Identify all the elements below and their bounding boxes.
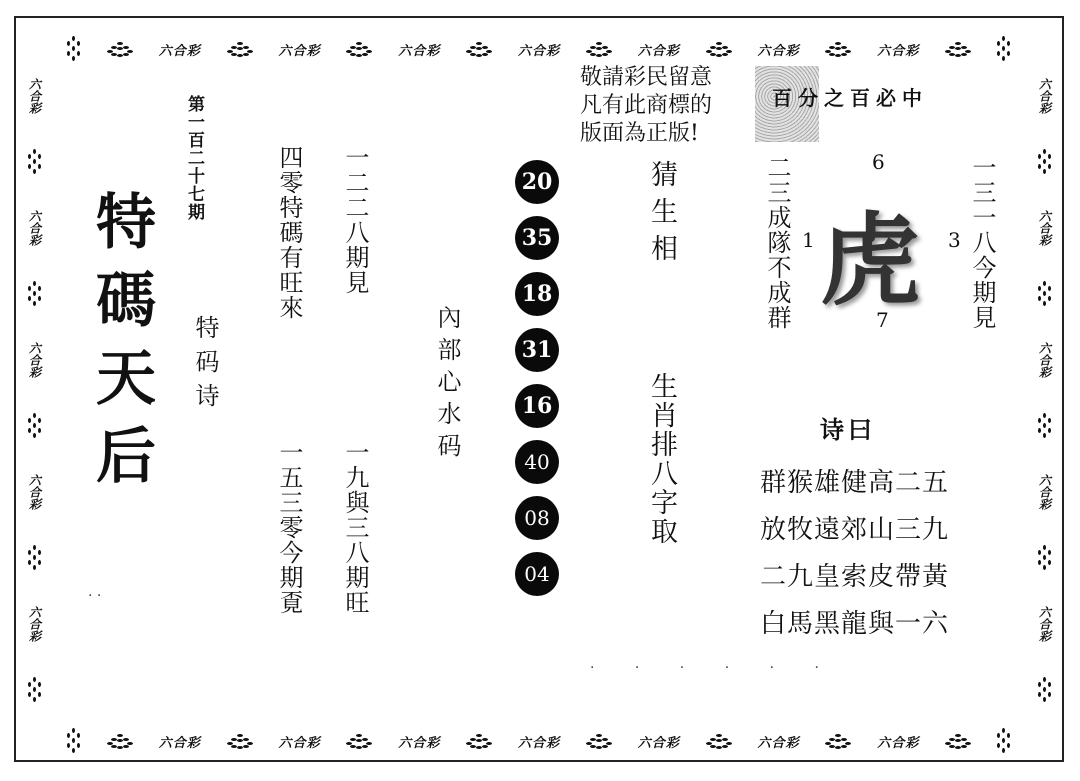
dot-cluster-icon <box>227 734 253 748</box>
poem-body: 群猴雄健高二五 放牧遠郊山三九 二九皇索皮帶黃 白馬黑龍與一六 <box>760 460 949 648</box>
number-ball: 18 <box>515 272 559 316</box>
verse-column-b-bottom: 一九與三八期旺 <box>338 440 373 615</box>
number-ball: 35 <box>515 216 559 260</box>
dot-cluster-icon <box>945 42 971 56</box>
dot-cluster-icon <box>466 42 492 56</box>
brand-text: 六合彩 <box>758 732 800 751</box>
brand-text: 六合彩 <box>518 40 560 59</box>
brand-text: 六合彩 <box>27 342 44 378</box>
poem-line: 放牧遠郊山三九 <box>760 507 949 554</box>
border-top: 六合彩六合彩六合彩六合彩六合彩六合彩六合彩 <box>14 34 1064 64</box>
brand-text: 六合彩 <box>278 732 320 751</box>
slogan: 百分之百必中 <box>772 82 928 111</box>
brand-text: 六合彩 <box>638 732 680 751</box>
brand-text: 六合彩 <box>518 732 560 751</box>
brand-text: 六合彩 <box>1037 210 1054 246</box>
notice-line: 版面為正版! <box>580 120 712 148</box>
brand-text: 六合彩 <box>638 40 680 59</box>
brand-text: 六合彩 <box>1037 474 1054 510</box>
poem-title: 诗曰 <box>820 410 876 445</box>
dot-cluster-icon <box>28 545 42 571</box>
brand-text: 六合彩 <box>1037 342 1054 378</box>
verse-column-a-bottom: 一五三零今期覔 <box>272 440 307 615</box>
brand-text: 六合彩 <box>159 40 201 59</box>
section-label: 特码诗 <box>188 315 223 417</box>
main-title: 特碼天后 <box>78 190 164 502</box>
dot-cluster-icon <box>107 42 133 56</box>
dot-cluster-icon <box>825 734 851 748</box>
dot-cluster-icon <box>586 734 612 748</box>
brand-text: 六合彩 <box>159 732 201 751</box>
guess-zodiac-label: 猜生相 <box>642 160 681 271</box>
dot-cluster-icon <box>945 734 971 748</box>
number-ball: 31 <box>515 328 559 372</box>
dot-cluster-icon <box>107 734 133 748</box>
border-bottom: 六合彩六合彩六合彩六合彩六合彩六合彩六合彩 <box>14 726 1064 756</box>
dot-cluster-icon <box>1038 677 1052 703</box>
verse-column-b-top: 一二二八期見 <box>338 145 373 295</box>
scan-speck: · · · · · · <box>590 660 837 676</box>
brand-text: 六合彩 <box>1037 78 1054 114</box>
authenticity-notice: 敬請彩民留意 凡有此商標的 版面為正版! <box>580 64 712 148</box>
poem-line: 二九皇索皮帶黃 <box>760 554 949 601</box>
poem-line: 白馬黑龍與一六 <box>760 601 949 648</box>
brand-text: 六合彩 <box>27 606 44 642</box>
tiger-number-top: 6 <box>872 150 885 174</box>
verse-column-a-top: 四零特碼有旺來 <box>272 145 307 320</box>
dot-cluster-icon <box>1038 149 1052 175</box>
zodiac-rule-text: 生肖排八字取 <box>642 372 681 546</box>
tiger-number-right: 3 <box>948 228 961 252</box>
dot-cluster-icon <box>227 42 253 56</box>
number-ball: 20 <box>515 160 559 204</box>
number-ball: 16 <box>515 384 559 428</box>
number-ball: 08 <box>515 496 559 540</box>
number-ball: 04 <box>515 552 559 596</box>
dot-cluster-icon <box>346 734 372 748</box>
issue-number: 第一百二十七期 <box>182 95 207 221</box>
dot-cluster-icon <box>997 728 1011 754</box>
dot-cluster-icon <box>28 281 42 307</box>
dot-cluster-icon <box>825 42 851 56</box>
border-left: 六合彩六合彩六合彩六合彩六合彩 <box>20 60 50 720</box>
dot-cluster-icon <box>28 677 42 703</box>
brand-text: 六合彩 <box>1037 606 1054 642</box>
tiger-left-phrase: 二三成隊不成群 <box>760 155 795 330</box>
brand-text: 六合彩 <box>27 474 44 510</box>
dot-cluster-icon <box>28 149 42 175</box>
dot-cluster-icon <box>1038 545 1052 571</box>
brand-text: 六合彩 <box>877 40 919 59</box>
notice-line: 凡有此商標的 <box>580 92 712 120</box>
brand-text: 六合彩 <box>758 40 800 59</box>
brand-text: 六合彩 <box>27 210 44 246</box>
notice-line: 敬請彩民留意 <box>580 64 712 92</box>
poem-line: 群猴雄健高二五 <box>760 460 949 507</box>
brand-text: 六合彩 <box>398 40 440 59</box>
border-right: 六合彩六合彩六合彩六合彩六合彩 <box>1030 60 1060 720</box>
dot-cluster-icon <box>586 42 612 56</box>
dot-cluster-icon <box>466 734 492 748</box>
number-ball-list: 20 35 18 31 16 40 08 04 <box>515 160 559 596</box>
dot-cluster-icon <box>346 42 372 56</box>
dot-cluster-icon <box>1038 281 1052 307</box>
brand-text: 六合彩 <box>278 40 320 59</box>
dot-cluster-icon <box>67 36 81 62</box>
inner-tip-label: 內部心水码 <box>430 305 465 465</box>
dot-cluster-icon <box>706 42 732 56</box>
dot-cluster-icon <box>997 36 1011 62</box>
dot-cluster-icon <box>1038 413 1052 439</box>
brand-text: 六合彩 <box>877 732 919 751</box>
scan-speck: · · <box>88 588 101 604</box>
number-ball: 40 <box>515 440 559 484</box>
tiger-right-phrase: 一三一八今期見 <box>965 155 1000 330</box>
tiger-number-left: 1 <box>802 228 815 252</box>
brand-text: 六合彩 <box>27 78 44 114</box>
dot-cluster-icon <box>28 413 42 439</box>
tiger-character: 虎 <box>820 180 920 324</box>
brand-text: 六合彩 <box>398 732 440 751</box>
dot-cluster-icon <box>67 728 81 754</box>
dot-cluster-icon <box>706 734 732 748</box>
